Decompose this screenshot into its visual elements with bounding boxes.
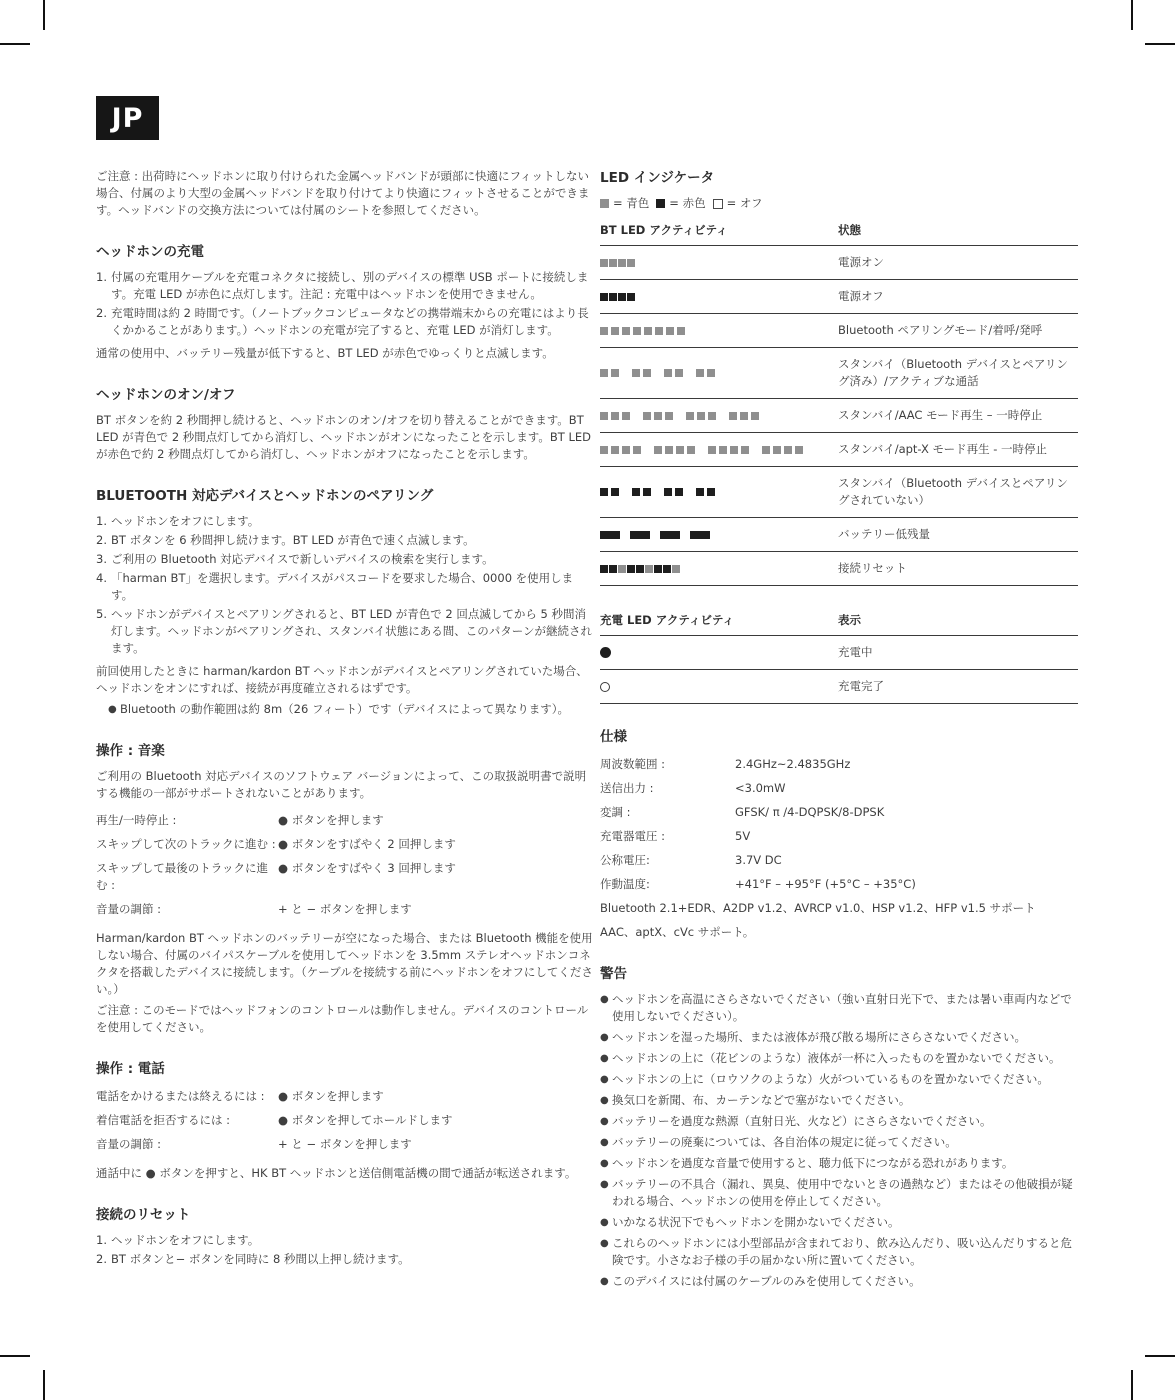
led-blue-square xyxy=(719,446,727,454)
bullet-icon: ● xyxy=(600,1273,612,1290)
bt-led-row: バッテリー低残量 xyxy=(600,518,1078,552)
control-row: 着信電話を拒否するには :● ボタンを押してホールドします xyxy=(96,1112,593,1129)
bullet-icon: ● xyxy=(600,1050,612,1067)
control-label: 着信電話を拒否するには : xyxy=(96,1112,278,1129)
crop-mark xyxy=(1145,1355,1175,1357)
led-state: スタンバイ/apt-X モード再生 - 一時停止 xyxy=(838,441,1078,458)
bt-led-table: BT LED アクティビティ 状態 電源オン電源オフBluetooth ペアリン… xyxy=(600,222,1078,586)
led-blue-square xyxy=(708,446,716,454)
bullet-icon: ● xyxy=(600,1029,612,1046)
led-state: スタンバイ/AAC モード再生 – 一時停止 xyxy=(838,407,1078,424)
bullet-item: ●ヘッドホンを湿った場所、または液体が飛び散る場所にさらさないでください。 xyxy=(600,1029,1078,1046)
step-number: 5. xyxy=(96,606,111,657)
led-gap xyxy=(650,531,660,539)
step-text: ヘッドホンがデバイスとペアリングされると、BT LED が青色で 2 回点滅して… xyxy=(111,606,593,657)
led-blue-square xyxy=(707,369,715,377)
step-number: 2. xyxy=(96,305,111,339)
crop-mark xyxy=(1145,43,1175,45)
column-header: 充電 LED アクティビティ xyxy=(600,612,838,629)
led-blue-square xyxy=(665,412,673,420)
led-gap xyxy=(752,446,762,454)
led-blue-square xyxy=(654,412,662,420)
led-pattern xyxy=(600,531,838,539)
control-label: スキップして最後のトラックに進む : xyxy=(96,860,278,894)
spec-list: 周波数範囲 :2.4GHz~2.4835GHz送信出力 :<3.0mW変調 :G… xyxy=(600,756,1078,893)
spec-value: 3.7V DC xyxy=(735,852,1078,869)
led-red-segment xyxy=(627,565,635,573)
led-blue-square xyxy=(666,327,674,335)
led-pattern xyxy=(600,446,838,454)
led-blue-square xyxy=(622,327,630,335)
led-red-segment xyxy=(600,565,608,573)
led-red-segment xyxy=(654,565,662,573)
section-title: 操作 : 音楽 xyxy=(96,743,593,760)
column-header: BT LED アクティビティ xyxy=(600,222,838,239)
led-red-square xyxy=(643,488,651,496)
bt-led-row: 電源オフ xyxy=(600,280,1078,314)
bullet-text: ヘッドホンを湿った場所、または液体が飛び散る場所にさらさないでください。 xyxy=(612,1029,1078,1046)
control-row: スキップして最後のトラックに進む :● ボタンをすばやく 3 回押します xyxy=(96,860,593,894)
bullet-icon: ● xyxy=(600,1235,612,1269)
led-red-segment xyxy=(600,293,608,301)
led-blue-square xyxy=(741,446,749,454)
spec-row: 周波数範囲 :2.4GHz~2.4835GHz xyxy=(600,756,1078,773)
led-blue-square xyxy=(676,446,684,454)
led-blue-segment xyxy=(609,259,617,267)
led-pattern xyxy=(600,259,838,267)
numbered-step: 3.ご利用の Bluetooth 対応デバイスで新しいデバイスの検索を実行します… xyxy=(96,551,593,568)
bullet-list: ●Bluetooth の動作範囲は約 8m（26 フィート）です（デバイスによっ… xyxy=(108,701,593,718)
bullet-text: ヘッドホンを過度な音量で使用すると、聴力低下につながる恐れがあります。 xyxy=(612,1155,1078,1172)
section-title: ヘッドホンの充電 xyxy=(96,244,593,261)
led-blue-square xyxy=(729,412,737,420)
led-state: バッテリー低残量 xyxy=(838,526,1078,543)
music-controls: 再生/一時停止 :● ボタンを押しますスキップして次のトラックに進む :● ボタ… xyxy=(96,812,593,918)
bullet-item: ●いかなる状況下でもヘッドホンを開かないでください。 xyxy=(600,1214,1078,1231)
led-gap xyxy=(644,446,654,454)
led-blue-square xyxy=(784,446,792,454)
led-blue-square xyxy=(751,412,759,420)
specs-support-1: Bluetooth 2.1+EDR、A2DP v1.2、AVRCP v1.0、H… xyxy=(600,900,1078,917)
section-title: ヘッドホンのオン/オフ xyxy=(96,387,593,404)
charging-note: 通常の使用中、バッテリー残量が低下すると、BT LED が赤色でゆっくりと点滅し… xyxy=(96,345,593,362)
column-header: 状態 xyxy=(838,222,1078,239)
led-title: LED インジケータ xyxy=(600,170,1078,187)
led-blue-square xyxy=(697,412,705,420)
led-red-segment xyxy=(663,565,671,573)
charge-complete-led-icon xyxy=(600,682,610,692)
led-blue-square xyxy=(696,369,704,377)
spec-row: 充電器電圧 :5V xyxy=(600,828,1078,845)
led-blue-square xyxy=(600,446,608,454)
numbered-step: 2.充電時間は約 2 時間です。（ノートブックコンピュータなどの携帯端末からの充… xyxy=(96,305,593,339)
led-pattern xyxy=(600,327,838,335)
bullet-item: ●バッテリーの不具合（漏れ、異臭、使用中でないときの過熱など）またはその他破損が… xyxy=(600,1176,1078,1210)
pairing-note: 前回使用したときに harman/kardon BT ヘッドホンがデバイスとペア… xyxy=(96,663,593,697)
crop-mark xyxy=(43,1370,45,1400)
control-action: ● ボタンを押します xyxy=(278,812,593,829)
led-red-square xyxy=(707,488,715,496)
bt-led-rows: 電源オン電源オフBluetooth ペアリングモード/着呼/発呼スタンバイ（Bl… xyxy=(600,246,1078,586)
section-title: BLUETOOTH 対応デバイスとヘッドホンのペアリング xyxy=(96,488,593,505)
numbered-step: 2.BT ボタンと− ボタンを同時に 8 秒間以上押し続けます。 xyxy=(96,1251,593,1268)
led-blue-square xyxy=(600,327,608,335)
spec-value: 5V xyxy=(735,828,1078,845)
control-row: スキップして次のトラックに進む :● ボタンをすばやく 2 回押します xyxy=(96,836,593,853)
section-on-off: ヘッドホンのオン/オフ BT ボタンを約 2 秒間押し続けると、ヘッドホンのオン… xyxy=(96,387,593,463)
led-red-segment xyxy=(609,293,617,301)
left-column: ご注意 : 出荷時にヘッドホンに取り付けられた金属ヘッドバンドが頭部に快適にフィ… xyxy=(96,168,593,1270)
legend-blue-square-icon xyxy=(600,199,609,208)
led-blue-square xyxy=(611,412,619,420)
control-action: ● ボタンを押してホールドします xyxy=(278,1112,593,1129)
bullet-text: バッテリーの廃棄については、各自治体の規定に従ってください。 xyxy=(612,1134,1078,1151)
intro-note: ご注意 : 出荷時にヘッドホンに取り付けられた金属ヘッドバンドが頭部に快適にフィ… xyxy=(96,168,593,219)
bt-led-row: 接続リセット xyxy=(600,552,1078,586)
bullet-icon: ● xyxy=(600,1176,612,1210)
led-gap xyxy=(622,369,632,377)
bullet-item: ●バッテリーの廃棄については、各自治体の規定に従ってください。 xyxy=(600,1134,1078,1151)
led-red-segment xyxy=(627,293,635,301)
led-blue-square xyxy=(643,412,651,420)
step-text: BT ボタンを 6 秒間押し続けます。BT LED が青色で速く点滅します。 xyxy=(111,532,593,549)
led-red-dash xyxy=(660,531,680,539)
led-red-segment xyxy=(609,565,617,573)
led-red-square xyxy=(675,488,683,496)
led-state: 電源オン xyxy=(838,254,1078,271)
led-state: 接続リセット xyxy=(838,560,1078,577)
led-blue-square xyxy=(762,446,770,454)
led-blue-square xyxy=(600,412,608,420)
led-pattern xyxy=(600,412,838,420)
bullet-item: ●Bluetooth の動作範囲は約 8m（26 フィート）です（デバイスによっ… xyxy=(108,701,593,718)
led-red-segment xyxy=(636,565,644,573)
spec-label: 公称電圧: xyxy=(600,852,735,869)
led-blue-square xyxy=(675,369,683,377)
led-red-segment xyxy=(618,293,626,301)
spec-label: 送信出力 : xyxy=(600,780,735,797)
bullet-text: ヘッドホンの上に（花ビンのような）液体が一杯に入ったものを置かないでください。 xyxy=(612,1050,1078,1067)
led-red-square xyxy=(611,488,619,496)
control-row: 音量の調節 :+ と − ボタンを押します xyxy=(96,901,593,918)
led-red-square xyxy=(632,488,640,496)
led-red-dash xyxy=(600,531,620,539)
led-pattern xyxy=(600,293,838,301)
led-blue-square xyxy=(664,369,672,377)
spec-label: 充電器電圧 : xyxy=(600,828,735,845)
spec-value: 2.4GHz~2.4835GHz xyxy=(735,756,1078,773)
spec-value: +41°F – +95°F (+5°C – +35°C) xyxy=(735,876,1078,893)
on-off-body: BT ボタンを約 2 秒間押し続けると、ヘッドホンのオン/オフを切り替えることが… xyxy=(96,412,593,463)
bullet-icon: ● xyxy=(600,1113,612,1130)
bullet-icon: ● xyxy=(600,1155,612,1172)
numbered-step: 2.BT ボタンを 6 秒間押し続けます。BT LED が青色で速く点滅します。 xyxy=(96,532,593,549)
phone-note: 通話中に ● ボタンを押すと、HK BT ヘッドホンと送信側電話機の間で通話が転… xyxy=(96,1165,593,1182)
led-blue-segment xyxy=(618,565,626,573)
charge-led-row: 充電中 xyxy=(600,636,1078,670)
led-blue-square xyxy=(665,446,673,454)
step-number: 2. xyxy=(96,532,111,549)
manual-page: JP ご注意 : 出荷時にヘッドホンに取り付けられた金属ヘッドバンドが頭部に快適… xyxy=(0,0,1175,1400)
language-badge: JP xyxy=(96,96,159,140)
bullet-item: ●バッテリーを過度な熱源（直射日光、火など）にさらさないでください。 xyxy=(600,1113,1078,1130)
led-state: Bluetooth ペアリングモード/着呼/発呼 xyxy=(838,322,1078,339)
led-blue-segment xyxy=(618,259,626,267)
led-gap xyxy=(654,488,664,496)
bullet-item: ●ヘッドホンの上に（ロウソクのような）火がついているものを置かないでください。 xyxy=(600,1071,1078,1088)
warning-list: ●ヘッドホンを高温にさらさないでください（強い直射日光下で、または暑い車両内など… xyxy=(600,991,1078,1290)
crop-mark xyxy=(1131,0,1133,30)
led-blue-square xyxy=(611,327,619,335)
control-label: 音量の調節 : xyxy=(96,901,278,918)
led-blue-square xyxy=(600,369,608,377)
led-blue-segment xyxy=(645,565,653,573)
bullet-item: ●ヘッドホンを高温にさらさないでください（強い直射日光下で、または暑い車両内など… xyxy=(600,991,1078,1025)
section-reset: 接続のリセット 1.ヘッドホンをオフにします。2.BT ボタンと− ボタンを同時… xyxy=(96,1207,593,1268)
led-state: スタンバイ（Bluetooth デバイスとペアリング済み）/アクティブな通話 xyxy=(838,356,1078,390)
legend-item: = 赤色 xyxy=(656,195,705,212)
specs-support-2: AAC、aptX、cVc サポート。 xyxy=(600,924,1078,941)
control-action: + と − ボタンを押します xyxy=(278,901,593,918)
specs-title: 仕様 xyxy=(600,729,1078,746)
crop-mark xyxy=(0,43,30,45)
charge-led-row: 充電完了 xyxy=(600,670,1078,704)
led-blue-square xyxy=(730,446,738,454)
led-blue-segment xyxy=(627,259,635,267)
section-charging: ヘッドホンの充電 1.付属の充電用ケーブルを充電コネクタに接続し、別のデバイスの… xyxy=(96,244,593,362)
bullet-item: ●ヘッドホンを過度な音量で使用すると、聴力低下につながる恐れがあります。 xyxy=(600,1155,1078,1172)
led-blue-square xyxy=(740,412,748,420)
numbered-step: 4.「harman BT」を選択します。デバイスがパスコードを要求した場合、00… xyxy=(96,570,593,604)
led-blue-square xyxy=(633,327,641,335)
charge-state: 充電中 xyxy=(838,644,1078,661)
step-text: ご利用の Bluetooth 対応デバイスで新しいデバイスの検索を実行します。 xyxy=(111,551,593,568)
step-text: 「harman BT」を選択します。デバイスがパスコードを要求した場合、0000… xyxy=(111,570,593,604)
numbered-step: 1.付属の充電用ケーブルを充電コネクタに接続し、別のデバイスの標準 USB ポー… xyxy=(96,269,593,303)
led-blue-square xyxy=(611,446,619,454)
bullet-text: Bluetooth の動作範囲は約 8m（26 フィート）です（デバイスによって… xyxy=(120,701,593,718)
charge-symbol-cell xyxy=(600,682,838,692)
bullet-item: ●ヘッドホンの上に（花ビンのような）液体が一杯に入ったものを置かないでください。 xyxy=(600,1050,1078,1067)
bullet-icon: ● xyxy=(600,1092,612,1109)
spec-row: 公称電圧:3.7V DC xyxy=(600,852,1078,869)
led-state: 電源オフ xyxy=(838,288,1078,305)
charge-led-rows: 充電中充電完了 xyxy=(600,636,1078,704)
bullet-text: バッテリーを過度な熱源（直射日光、火など）にさらさないでください。 xyxy=(612,1113,1078,1130)
charge-state: 充電完了 xyxy=(838,678,1078,695)
led-gap xyxy=(680,531,690,539)
led-blue-square xyxy=(633,446,641,454)
led-blue-square xyxy=(655,327,663,335)
control-action: + と − ボタンを押します xyxy=(278,1136,593,1153)
legend-red-square-icon xyxy=(656,199,665,208)
control-label: 再生/一時停止 : xyxy=(96,812,278,829)
control-label: スキップして次のトラックに進む : xyxy=(96,836,278,853)
numbered-list: 1.ヘッドホンをオフにします。2.BT ボタンを 6 秒間押し続けます。BT L… xyxy=(96,513,593,657)
led-gap xyxy=(686,369,696,377)
section-music: 操作 : 音楽 ご利用の Bluetooth 対応デバイスのソフトウェア バージ… xyxy=(96,743,593,1036)
led-blue-segment xyxy=(600,259,608,267)
led-gap xyxy=(622,488,632,496)
led-blue-square xyxy=(795,446,803,454)
step-number: 4. xyxy=(96,570,111,604)
step-text: BT ボタンと− ボタンを同時に 8 秒間以上押し続けます。 xyxy=(111,1251,593,1268)
crop-mark xyxy=(43,0,45,30)
numbered-list: 1.付属の充電用ケーブルを充電コネクタに接続し、別のデバイスの標準 USB ポー… xyxy=(96,269,593,339)
bt-led-row: スタンバイ/AAC モード再生 – 一時停止 xyxy=(600,399,1078,433)
bullet-text: これらのヘッドホンには小型部品が含まれており、飲み込んだり、吸い込んだりすると危… xyxy=(612,1235,1078,1269)
legend-label: = 青色 xyxy=(613,195,649,212)
music-note1: Harman/kardon BT ヘッドホンのバッテリーが空になった場合、または… xyxy=(96,930,593,998)
bt-led-row: 電源オン xyxy=(600,246,1078,280)
led-blue-square xyxy=(654,446,662,454)
section-title: 接続のリセット xyxy=(96,1207,593,1224)
charging-led-icon xyxy=(600,647,611,658)
led-blue-square xyxy=(677,327,685,335)
led-red-square xyxy=(600,488,608,496)
led-blue-square xyxy=(708,412,716,420)
led-gap xyxy=(686,488,696,496)
bt-led-row: スタンバイ（Bluetooth デバイスとペアリング済み）/アクティブな通話 xyxy=(600,348,1078,399)
led-gap xyxy=(654,369,664,377)
bullet-item: ●このデバイスには付属のケーブルのみを使用してください。 xyxy=(600,1273,1078,1290)
step-text: ヘッドホンをオフにします。 xyxy=(111,513,593,530)
bullet-text: バッテリーの不具合（漏れ、異臭、使用中でないときの過熱など）またはその他破損が疑… xyxy=(612,1176,1078,1210)
charge-led-table-header: 充電 LED アクティビティ 表示 xyxy=(600,612,1078,636)
section-pairing: BLUETOOTH 対応デバイスとヘッドホンのペアリング 1.ヘッドホンをオフに… xyxy=(96,488,593,718)
control-row: 電話をかけるまたは終えるには :● ボタンを押します xyxy=(96,1088,593,1105)
led-blue-segment xyxy=(672,565,680,573)
control-row: 再生/一時停止 :● ボタンを押します xyxy=(96,812,593,829)
numbered-step: 1.ヘッドホンをオフにします。 xyxy=(96,1232,593,1249)
led-blue-square xyxy=(622,412,630,420)
crop-mark xyxy=(0,1355,30,1357)
led-pattern xyxy=(600,369,838,377)
numbered-step: 1.ヘッドホンをオフにします。 xyxy=(96,513,593,530)
led-state: スタンバイ（Bluetooth デバイスとペアリングされていない） xyxy=(838,475,1078,509)
step-number: 1. xyxy=(96,513,111,530)
spec-value: GFSK/ π /4-DQPSK/8-DPSK xyxy=(735,804,1078,821)
legend-item: = オフ xyxy=(713,195,763,212)
bullet-text: このデバイスには付属のケーブルのみを使用してください。 xyxy=(612,1273,1078,1290)
bullet-text: ヘッドホンの上に（ロウソクのような）火がついているものを置かないでください。 xyxy=(612,1071,1078,1088)
control-action: ● ボタンを押します xyxy=(278,1088,593,1105)
led-pattern xyxy=(600,488,838,496)
spec-row: 送信出力 :<3.0mW xyxy=(600,780,1078,797)
bullet-text: 換気口を新聞、布、カーテンなどで塞がないでください。 xyxy=(612,1092,1078,1109)
led-blue-square xyxy=(611,369,619,377)
bullet-text: いかなる状況下でもヘッドホンを開かないでください。 xyxy=(612,1214,1078,1231)
control-label: 電話をかけるまたは終えるには : xyxy=(96,1088,278,1105)
bt-led-row: Bluetooth ペアリングモード/着呼/発呼 xyxy=(600,314,1078,348)
numbered-list: 1.ヘッドホンをオフにします。2.BT ボタンと− ボタンを同時に 8 秒間以上… xyxy=(96,1232,593,1268)
bullet-text: ヘッドホンを高温にさらさないでください（強い直射日光下で、または暑い車両内などで… xyxy=(612,991,1078,1025)
spec-row: 変調 :GFSK/ π /4-DQPSK/8-DPSK xyxy=(600,804,1078,821)
bullet-item: ●これらのヘッドホンには小型部品が含まれており、飲み込んだり、吸い込んだりすると… xyxy=(600,1235,1078,1269)
bullet-icon: ● xyxy=(108,701,120,718)
bullet-item: ●換気口を新聞、布、カーテンなどで塞がないでください。 xyxy=(600,1092,1078,1109)
spec-row: 作動温度:+41°F – +95°F (+5°C – +35°C) xyxy=(600,876,1078,893)
control-label: 音量の調節 : xyxy=(96,1136,278,1153)
bullet-icon: ● xyxy=(600,1214,612,1231)
control-row: 音量の調節 :+ と − ボタンを押します xyxy=(96,1136,593,1153)
led-blue-square xyxy=(643,369,651,377)
led-gap xyxy=(633,412,643,420)
step-text: 充電時間は約 2 時間です。（ノートブックコンピュータなどの携帯端末からの充電に… xyxy=(111,305,593,339)
bullet-icon: ● xyxy=(600,991,612,1025)
section-specs: 仕様 周波数範囲 :2.4GHz~2.4835GHz送信出力 :<3.0mW変調… xyxy=(600,729,1078,941)
crop-mark xyxy=(1131,1370,1133,1400)
led-legend: = 青色= 赤色= オフ xyxy=(600,195,1078,212)
legend-label: = オフ xyxy=(727,195,763,212)
phone-controls: 電話をかけるまたは終えるには :● ボタンを押します着信電話を拒否するには :●… xyxy=(96,1088,593,1153)
section-warnings: 警告 ●ヘッドホンを高温にさらさないでください（強い直射日光下で、または暑い車両… xyxy=(600,966,1078,1290)
led-red-square xyxy=(664,488,672,496)
led-gap xyxy=(676,412,686,420)
led-blue-square xyxy=(773,446,781,454)
led-blue-square xyxy=(687,446,695,454)
bullet-icon: ● xyxy=(600,1071,612,1088)
bt-led-table-header: BT LED アクティビティ 状態 xyxy=(600,222,1078,246)
led-red-dash xyxy=(690,531,710,539)
control-action: ● ボタンをすばやく 3 回押します xyxy=(278,860,593,894)
led-gap xyxy=(698,446,708,454)
legend-item: = 青色 xyxy=(600,195,649,212)
bullet-icon: ● xyxy=(600,1134,612,1151)
column-header: 表示 xyxy=(838,612,1078,629)
led-pattern xyxy=(600,565,838,573)
music-note2: ご注意 : このモードではヘッドフォンのコントロールは動作しません。デバイスのコ… xyxy=(96,1002,593,1036)
music-body: ご利用の Bluetooth 対応デバイスのソフトウェア バージョンによって、こ… xyxy=(96,768,593,802)
right-column: LED インジケータ = 青色= 赤色= オフ BT LED アクティビティ 状… xyxy=(600,168,1078,1294)
spec-label: 周波数範囲 : xyxy=(600,756,735,773)
spec-label: 作動温度: xyxy=(600,876,735,893)
led-red-square xyxy=(696,488,704,496)
led-gap xyxy=(620,531,630,539)
spec-value: <3.0mW xyxy=(735,780,1078,797)
step-number: 1. xyxy=(96,1232,111,1249)
bt-led-row: スタンバイ（Bluetooth デバイスとペアリングされていない） xyxy=(600,467,1078,518)
step-number: 3. xyxy=(96,551,111,568)
led-blue-square xyxy=(644,327,652,335)
section-phone: 操作 : 電話 電話をかけるまたは終えるには :● ボタンを押します着信電話を拒… xyxy=(96,1061,593,1182)
led-red-dash xyxy=(630,531,650,539)
step-text: 付属の充電用ケーブルを充電コネクタに接続し、別のデバイスの標準 USB ポートに… xyxy=(111,269,593,303)
control-action: ● ボタンをすばやく 2 回押します xyxy=(278,836,593,853)
led-gap xyxy=(719,412,729,420)
led-blue-square xyxy=(686,412,694,420)
led-blue-square xyxy=(632,369,640,377)
bt-led-row: スタンバイ/apt-X モード再生 - 一時停止 xyxy=(600,433,1078,467)
warnings-title: 警告 xyxy=(600,966,1078,983)
spec-label: 変調 : xyxy=(600,804,735,821)
section-title: 操作 : 電話 xyxy=(96,1061,593,1078)
step-number: 2. xyxy=(96,1251,111,1268)
numbered-step: 5.ヘッドホンがデバイスとペアリングされると、BT LED が青色で 2 回点滅… xyxy=(96,606,593,657)
charge-symbol-cell xyxy=(600,647,838,658)
led-blue-square xyxy=(622,446,630,454)
legend-off-square-icon xyxy=(713,199,723,209)
step-text: ヘッドホンをオフにします。 xyxy=(111,1232,593,1249)
step-number: 1. xyxy=(96,269,111,303)
legend-label: = 赤色 xyxy=(669,195,705,212)
charge-led-table: 充電 LED アクティビティ 表示 充電中充電完了 xyxy=(600,612,1078,704)
